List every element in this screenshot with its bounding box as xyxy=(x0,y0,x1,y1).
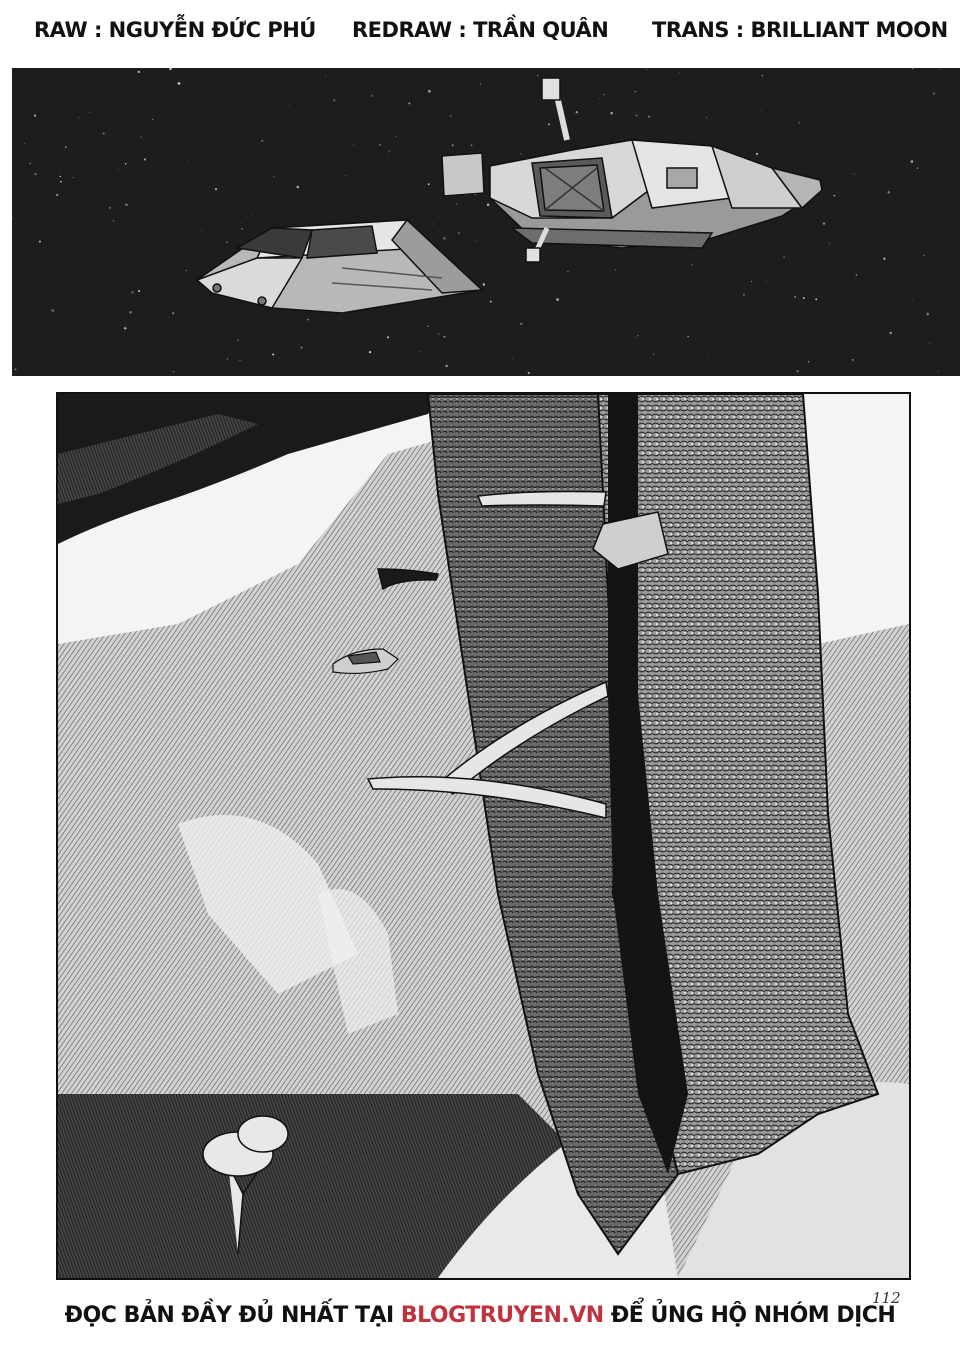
credits-header: RAW : NGUYỄN ĐỨC PHÚ REDRAW : TRẦN QUÂN … xyxy=(0,0,960,66)
footer-prefix: ĐỌC BẢN ĐẦY ĐỦ NHẤT TẠI xyxy=(65,1303,401,1328)
panel-forest xyxy=(56,392,911,1280)
footer-suffix: ĐỂ ỦNG HỘ NHÓM DỊCH xyxy=(604,1303,896,1328)
blog-link[interactable]: BLOGTRUYEN.VN xyxy=(401,1303,604,1328)
footer-promo: ĐỌC BẢN ĐẦY ĐỦ NHẤT TẠI BLOGTRUYEN.VN ĐỂ… xyxy=(0,1303,960,1328)
space-illustration xyxy=(12,68,960,376)
forest-illustration xyxy=(58,394,909,1278)
credit-redraw: REDRAW : TRẦN QUÂN xyxy=(352,18,608,42)
credit-raw: RAW : NGUYỄN ĐỨC PHÚ xyxy=(34,18,316,42)
credit-trans: TRANS : BRILLIANT MOON xyxy=(652,18,948,42)
panel-space xyxy=(12,68,960,376)
